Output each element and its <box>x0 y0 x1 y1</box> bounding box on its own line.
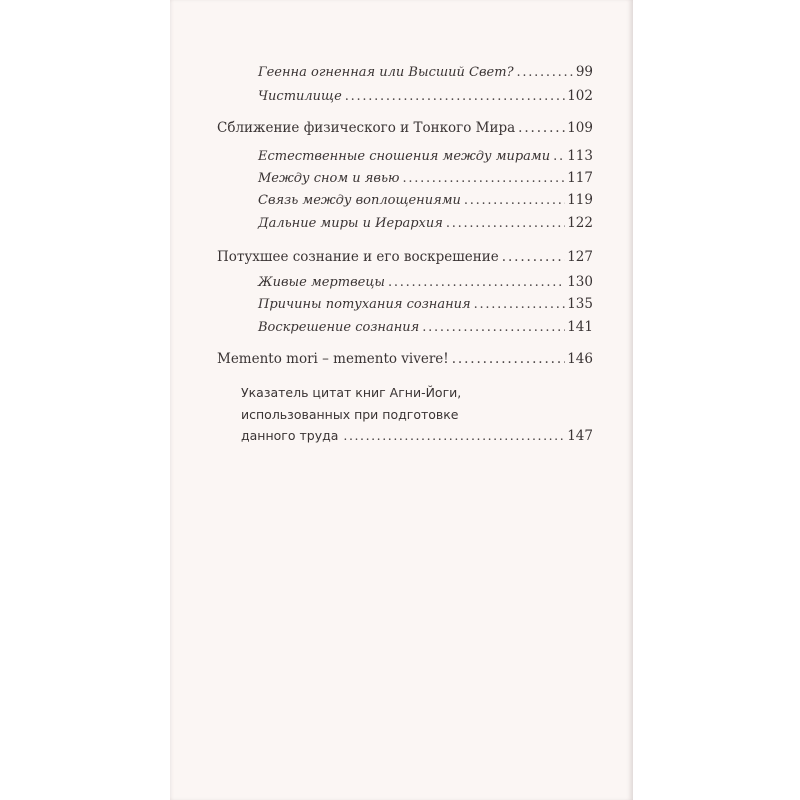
toc-entry: Между сном и явью 117 <box>258 170 593 187</box>
index-entry-line: использованных при подготовке <box>241 404 593 426</box>
dot-leader <box>464 193 565 209</box>
toc-entry-title: Связь между воплощениями <box>258 193 461 209</box>
toc-entry: Живые мертвецы 130 <box>258 274 593 291</box>
dot-leader <box>474 297 566 313</box>
toc-entry-title: Воскрешение сознания <box>258 320 419 336</box>
dot-leader <box>553 149 565 165</box>
dot-leader <box>517 65 574 81</box>
dot-leader <box>446 216 565 232</box>
toc-entry-page: 122 <box>567 215 593 231</box>
toc-entry-page: 130 <box>567 274 593 290</box>
toc-entry-title: Memento mori – memento vivere! <box>217 351 449 367</box>
toc-entry-title: Потухшее сознание и его воскрешение <box>217 249 499 265</box>
toc-entry: Связь между воплощениями 119 <box>258 192 593 209</box>
book-page: Геенна огненная или Высший Свет? 99 Чист… <box>170 0 633 800</box>
dot-leader <box>343 425 565 447</box>
index-entry-last-line: данного труда 147 <box>241 425 593 448</box>
toc-entry-page: 109 <box>567 120 593 136</box>
toc-entry-page: 141 <box>567 319 593 335</box>
toc-entry-title: Живые мертвецы <box>258 275 385 291</box>
dot-leader <box>452 351 565 367</box>
toc-entry: Дальние миры и Иерархия 122 <box>258 215 593 232</box>
toc-entry: Memento mori – memento vivere! 146 <box>217 351 593 367</box>
toc-entry-title: Чистилище <box>258 89 342 105</box>
toc-entry-title: Естественные сношения между мирами <box>258 149 550 165</box>
toc-entry: Геенна огненная или Высший Свет? 99 <box>258 64 593 81</box>
toc-entry-title: Геенна огненная или Высший Свет? <box>258 65 514 81</box>
toc-entry-title: Причины потухания сознания <box>258 297 471 313</box>
dot-leader <box>502 249 565 265</box>
toc-entry: Естественные сношения между мирами 113 <box>258 148 593 165</box>
toc-entry-page: 102 <box>567 88 593 104</box>
toc-entry-page: 147 <box>567 426 593 448</box>
toc-entry-page: 117 <box>567 170 593 186</box>
toc-entry: Потухшее сознание и его воскрешение 127 <box>217 249 593 265</box>
dot-leader <box>518 120 565 136</box>
dot-leader <box>345 89 565 105</box>
toc-entry: Причины потухания сознания 135 <box>258 296 593 313</box>
toc-entry: Воскрешение сознания 141 <box>258 319 593 336</box>
toc-index-entry: Указатель цитат книг Агни-Йоги, использо… <box>241 382 593 448</box>
toc-entry-title: Сближение физического и Тонкого Мира <box>217 120 515 136</box>
index-entry-line: Указатель цитат книг Агни-Йоги, <box>241 382 593 404</box>
toc-entry-page: 113 <box>567 148 593 164</box>
toc-entry-page: 119 <box>567 192 593 208</box>
dot-leader <box>388 275 565 291</box>
toc-entry: Сближение физического и Тонкого Мира 109 <box>217 120 593 136</box>
index-entry-line: данного труда <box>241 425 338 447</box>
toc-entry-page: 127 <box>567 249 593 265</box>
toc-entry-page: 135 <box>567 296 593 312</box>
toc-entry-page: 99 <box>576 64 593 80</box>
toc-entry: Чистилище 102 <box>258 88 593 105</box>
dot-leader <box>422 320 565 336</box>
dot-leader <box>402 171 565 187</box>
toc-entry-page: 146 <box>567 351 593 367</box>
table-of-contents: Геенна огненная или Высший Свет? 99 Чист… <box>170 0 633 800</box>
toc-entry-title: Дальние миры и Иерархия <box>258 216 443 232</box>
toc-entry-title: Между сном и явью <box>258 171 399 187</box>
